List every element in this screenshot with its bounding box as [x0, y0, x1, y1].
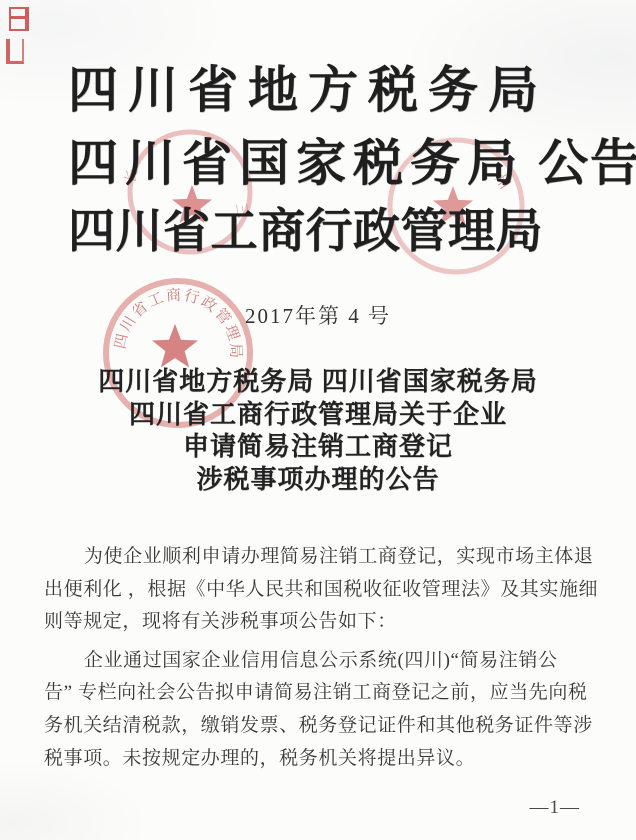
agency-name-line-3: 四川省工商行政管理局 [68, 205, 543, 259]
body-line: 则等规定，现将有关涉税事项公告如下： [44, 606, 596, 639]
body-line: 务机关结清税款，缴销发票、税务登记证件和其他税务证件等涉 [44, 710, 596, 743]
red-ink-mark [6, 39, 24, 64]
announcement-title: 四川省地方税务局 四川省国家税务局 四川省工商行政管理局关于企业 申请简易注销工… [0, 366, 636, 496]
body-line: 告” 专栏向社会公告拟申请简易注销工商登记之前，应当先向税 [44, 677, 596, 710]
body-line: 税事项。未按规定办理的，税务机关将提出异议。 [44, 743, 596, 776]
agency-name-line-2: 四川省国家税务局公告 [68, 137, 636, 189]
announcement-word: 公告 [538, 135, 636, 191]
body-text: 为使企业顺利申请办理简易注销工商登记，实现市场主体退 出便利化 ，根据《中华人民… [44, 541, 596, 775]
title-line: 四川省地方税务局 四川省国家税务局 [0, 366, 636, 399]
red-ink-mark [9, 7, 29, 31]
body-line: 出便利化 ，根据《中华人民共和国税收征收管理法》及其实施细 [44, 574, 596, 607]
scanned-document-page: 三 长 州 一 四川省工商行政管理局 四川省地方税务局 四川省国家税务局公告 四… [0, 0, 636, 840]
title-line: 涉税事项办理的公告 [0, 464, 636, 497]
agency-name-line-1: 四川省地方税务局 [68, 64, 548, 116]
agency-name-line-2-text: 四川省国家税务局 [68, 135, 524, 191]
document-number: 2017年第 4 号 [0, 300, 636, 330]
body-line: 为使企业顺利申请办理简易注销工商登记，实现市场主体退 [44, 541, 596, 574]
title-line: 申请简易注销工商登记 [0, 431, 636, 464]
body-line: 企业通过国家企业信用信息公示系统(四川)“简易注销公 [44, 645, 596, 678]
title-line: 四川省工商行政管理局关于企业 [0, 399, 636, 432]
page-number: —1— [530, 797, 581, 819]
